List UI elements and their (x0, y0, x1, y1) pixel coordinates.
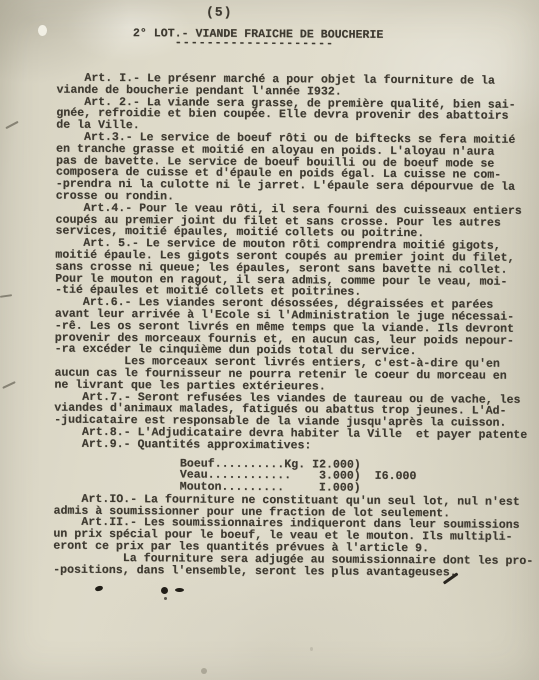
document-body-lower: Art.IO.- La fourniture ne constituant qu… (53, 493, 538, 579)
paper-fleck (38, 25, 47, 36)
quantities-table: Boeuf..........Kg. I2.000) Veau.........… (54, 457, 538, 496)
smudge-dot-2 (310, 647, 313, 651)
ink-spot-1 (94, 585, 103, 592)
document-page: (5) 2° LOT.- VIANDE FRAICHE DE BOUCHERIE… (0, 0, 539, 680)
ink-spot-3 (175, 588, 184, 592)
qty-total: I6.000 (361, 470, 417, 483)
qty-amount: I.000) (319, 482, 361, 495)
document-body-upper: Art. I.- Le présenr marché a pour objet … (54, 73, 539, 454)
qty-item-label: Mouton (180, 481, 222, 494)
smudge-dot (201, 668, 207, 674)
ink-spot-2 (161, 587, 168, 594)
typewritten-content: (5) 2° LOT.- VIANDE FRAICHE DE BOUCHERIE… (0, 0, 539, 579)
qty-unit (284, 481, 319, 494)
page-number: (5) (206, 5, 539, 22)
qty-dots: ......... (221, 481, 284, 494)
ink-spot-4 (164, 597, 167, 600)
